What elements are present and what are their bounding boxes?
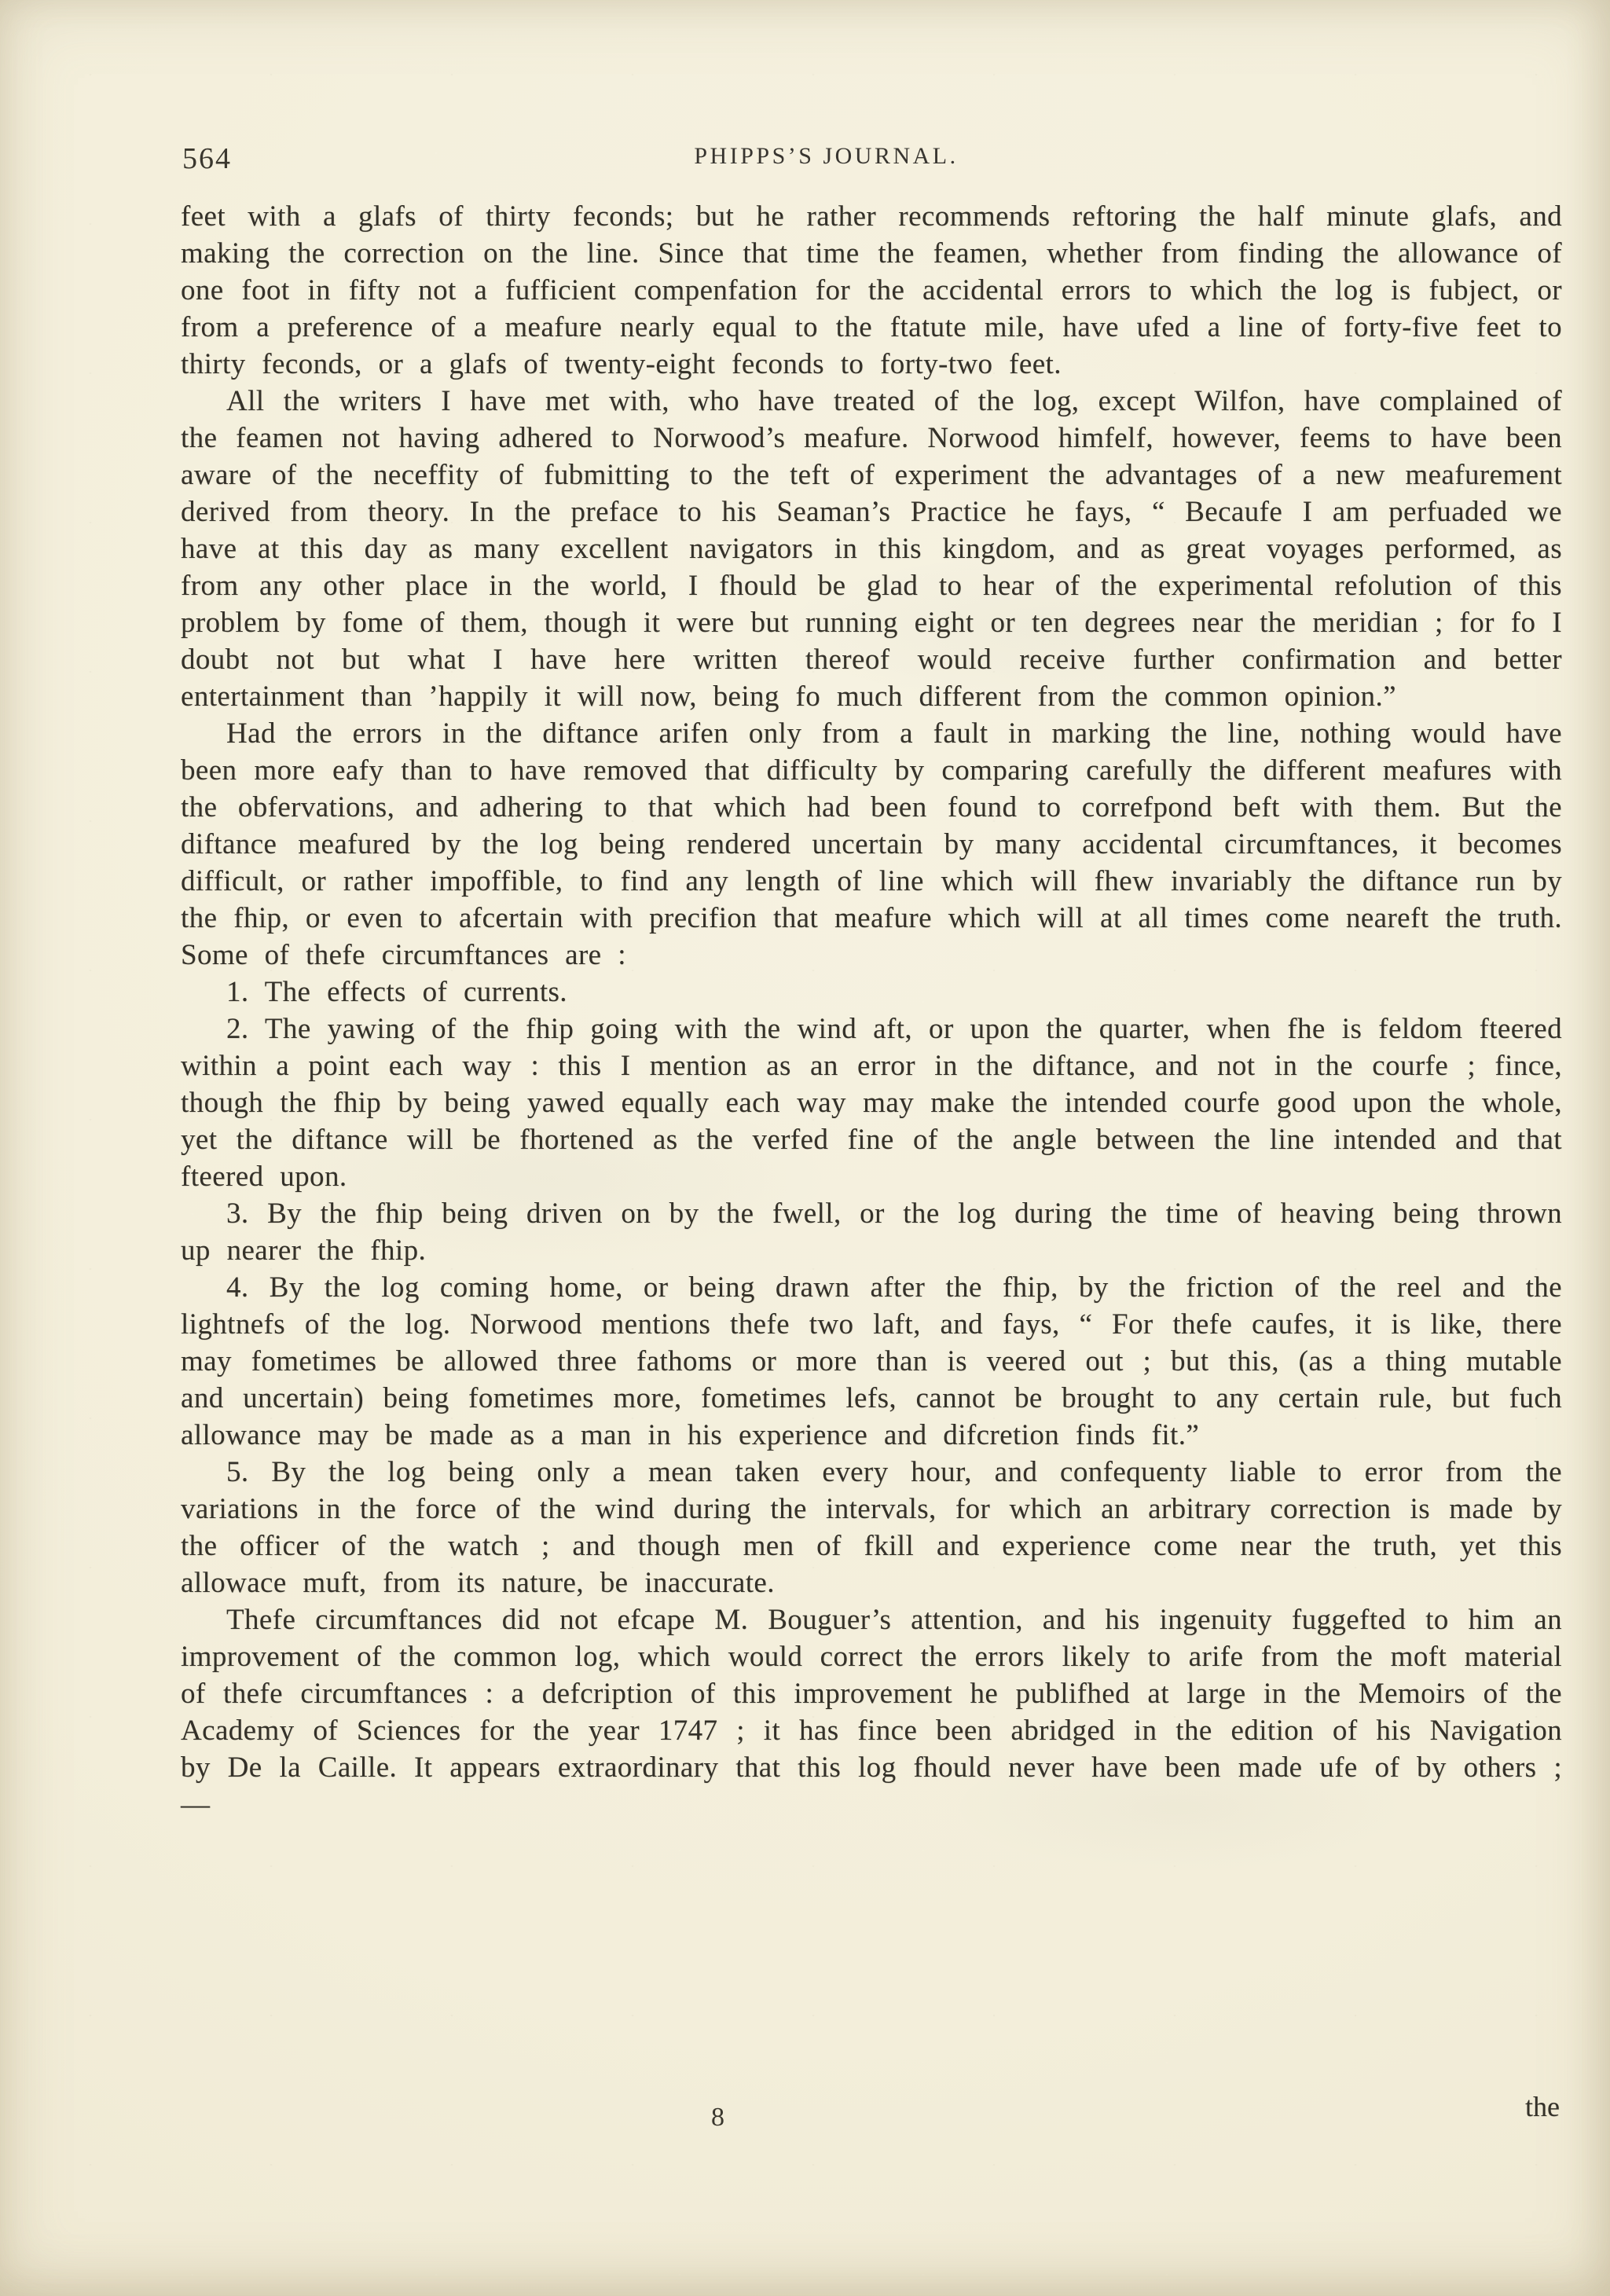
catchword: the — [1525, 2090, 1560, 2123]
paragraph-bouguer: Thefe circumftances did not efcape M. Bo… — [181, 1601, 1562, 1823]
paragraph-continuation: feet with a glafs of thirty feconds; but… — [181, 198, 1562, 383]
page-header: 564 PHIPPS’S JOURNAL. — [181, 138, 1562, 178]
body-text: feet with a glafs of thirty feconds; but… — [181, 198, 1562, 1823]
list-item-1-currents: 1. The effects of currents. — [181, 974, 1562, 1010]
list-item-3-swell: 3. By the fhip being driven on by the fw… — [181, 1195, 1562, 1269]
list-item-2-yawing: 2. The yawing of the fhip going with the… — [181, 1010, 1562, 1195]
signature-mark: 8 — [711, 2103, 724, 2133]
running-head: PHIPPS’S JOURNAL. — [181, 143, 1472, 170]
book-page: 564 PHIPPS’S JOURNAL. feet with a glafs … — [0, 0, 1610, 2296]
paragraph-distance-errors: Had the errors in the diftance arifen on… — [181, 715, 1562, 974]
list-item-5-mean-taken: 5. By the log being only a mean taken ev… — [181, 1454, 1562, 1601]
paragraph-writers: All the writers I have met with, who hav… — [181, 383, 1562, 715]
list-item-4-log-coming-home: 4. By the log coming home, or being draw… — [181, 1269, 1562, 1454]
